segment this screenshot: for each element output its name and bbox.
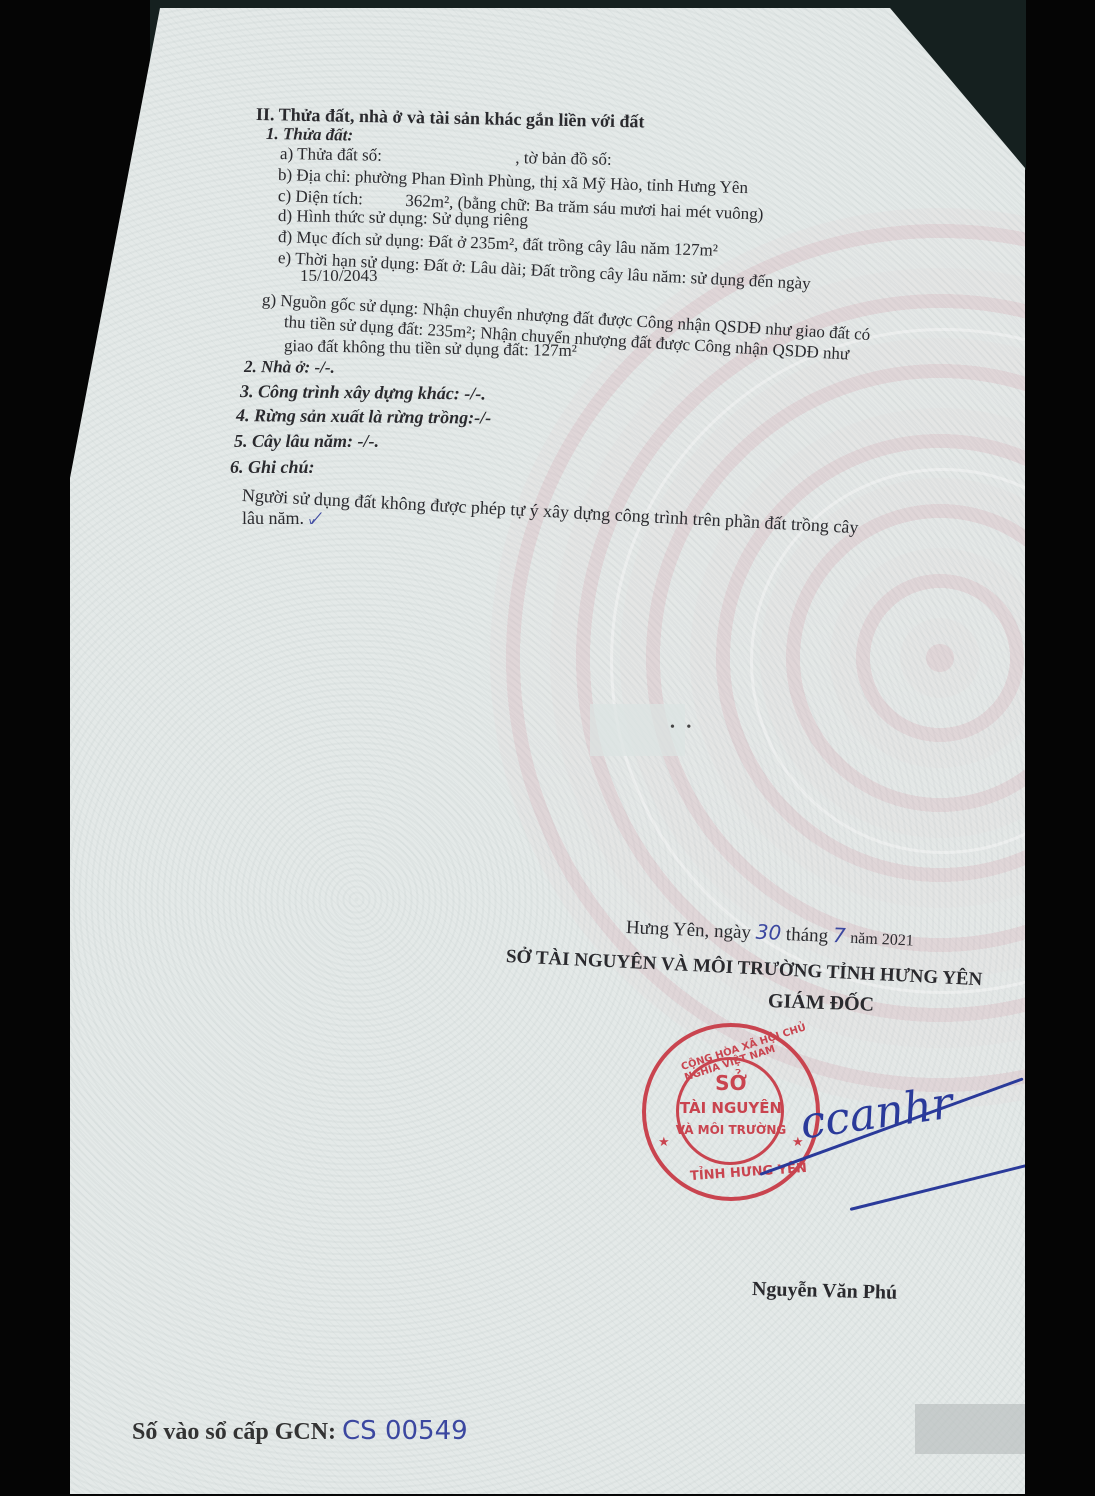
seal-center-line-1: SỞ	[646, 1071, 816, 1095]
registry-row: Số vào sổ cấp GCN: CS 00549	[132, 1416, 468, 1446]
usage-term-date: 15/10/2043	[300, 266, 377, 286]
item-house: 2. Nhà ở: -/-.	[244, 357, 335, 378]
item-perennial-trees: 5. Cây lâu năm: -/-.	[234, 431, 379, 452]
official-red-seal: CỘNG HÒA XÃ HỘI CHỦ NGHĨA VIỆT NAM SỞ TÀ…	[642, 1023, 820, 1201]
redaction-marks: • •	[670, 720, 695, 736]
initial-checkmark-icon: ᵥ⁄	[308, 509, 317, 528]
parcel-heading: 1. Thửa đất:	[266, 124, 354, 146]
usage-form: d) Hình thức sử dụng: Sử dụng riêng	[278, 206, 528, 230]
signing-day: 30	[755, 920, 781, 945]
registry-number: CS 00549	[342, 1416, 468, 1446]
registry-label: Số vào sổ cấp GCN:	[132, 1419, 336, 1445]
item-production-forest: 4. Rừng sản xuất là rừng trồng:-/-	[236, 405, 491, 429]
issuing-agency: SỞ TÀI NGUYÊN VÀ MÔI TRƯỜNG TỈNH HƯNG YÊ…	[505, 946, 982, 991]
signer-title: GIÁM ĐỐC	[768, 990, 875, 1017]
map-sheet-label: , tờ bản đồ số:	[515, 148, 612, 169]
director-signature: ccanhr	[797, 1078, 956, 1150]
seal-star-icon: ★	[658, 1135, 670, 1150]
document-content: II. Thửa đất, nhà ở và tài sản khác gắn …	[70, 8, 1025, 1494]
seal-center-line-2: TÀI NGUYÊN	[646, 1099, 816, 1117]
note-line-1: Người sử dụng đất không được phép tự ý x…	[241, 485, 858, 538]
seal-center-line-3: VÀ MÔI TRƯỜNG	[646, 1123, 816, 1137]
item-notes-heading: 6. Ghi chú:	[230, 457, 315, 478]
signing-place-date: Hưng Yên, ngày 30 tháng 7 năm 2021	[625, 914, 914, 952]
note-line-2-text: lâu năm.	[242, 508, 304, 528]
land-certificate-page: II. Thửa đất, nhà ở và tài sản khác gắn …	[70, 8, 1025, 1494]
signer-name: Nguyễn Văn Phú	[752, 1278, 898, 1305]
note-line-2: lâu năm. ᵥ⁄	[242, 508, 318, 529]
parcel-number-value	[386, 161, 511, 163]
signature-stroke	[850, 1160, 1025, 1211]
year-label: năm 2021	[850, 930, 914, 950]
place-date-prefix: Hưng Yên, ngày	[625, 917, 751, 943]
signing-month: 7	[832, 923, 846, 948]
parcel-number-label: a) Thửa đất số:	[280, 144, 382, 165]
month-label: tháng	[785, 924, 828, 947]
item-other-construction: 3. Công trình xây dựng khác: -/-.	[240, 381, 486, 405]
redacted-corner	[915, 1404, 1025, 1454]
